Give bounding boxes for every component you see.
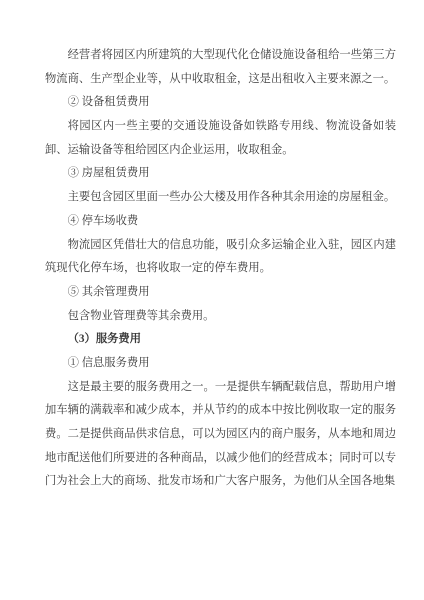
text-line: （3）服务费用 (45, 328, 396, 352)
body-paragraph: 经营者将园区内所建筑的大型现代化仓储设施设备租给一些第三方物流商、生产型企业等，… (45, 44, 396, 91)
text-line: 门为社会上大的商场、批发市场和广大客户服务，为他们从全国各地集 (45, 470, 396, 494)
document-page: 经营者将园区内所建筑的大型现代化仓储设施设备租给一些第三方物流商、生产型企业等，… (0, 0, 424, 600)
text-line: 加车辆的满载率和减少成本，并从节约的成本中按比例收取一定的服务 (45, 399, 396, 423)
text-line: 物流商、生产型企业等，从中收取租金，这是出租收入主要来源之一。 (45, 68, 396, 92)
text-line: 将园区内一些主要的交通设施设备如铁路专用线、物流设备如装 (45, 115, 396, 139)
body-paragraph: 这是最主要的服务费用之一。一是提供车辆配载信息，帮助用户增加车辆的满载率和减少成… (45, 376, 396, 494)
document-body: 经营者将园区内所建筑的大型现代化仓储设施设备租给一些第三方物流商、生产型企业等，… (45, 44, 396, 494)
text-line: ① 信息服务费用 (45, 352, 396, 376)
text-line: 经营者将园区内所建筑的大型现代化仓储设施设备租给一些第三方 (45, 44, 396, 68)
list-item-heading: ② 设备租赁费用 (45, 91, 396, 115)
body-paragraph: 主要包含园区里面一些办公大楼及用作各种其余用途的房屋租金。 (45, 186, 396, 210)
list-item-heading: ③ 房屋租赁费用 (45, 162, 396, 186)
text-line: 卸、运输设备等租给园区内企业运用，收取租金。 (45, 139, 396, 163)
text-line: ④ 停车场收费 (45, 210, 396, 234)
body-paragraph: 包含物业管理费等其余费用。 (45, 305, 396, 329)
list-item-heading: ④ 停车场收费 (45, 210, 396, 234)
text-line: ③ 房屋租赁费用 (45, 162, 396, 186)
body-paragraph: 将园区内一些主要的交通设施设备如铁路专用线、物流设备如装卸、运输设备等租给园区内… (45, 115, 396, 162)
text-line: 地市配送他们所要进的各种商品，以减少他们的经营成本；同时可以专 (45, 447, 396, 471)
text-line: 这是最主要的服务费用之一。一是提供车辆配载信息，帮助用户增 (45, 376, 396, 400)
text-line: 包含物业管理费等其余费用。 (45, 305, 396, 329)
text-line: 主要包含园区里面一些办公大楼及用作各种其余用途的房屋租金。 (45, 186, 396, 210)
text-line: 筑现代化停车场，也将收取一定的停车费用。 (45, 257, 396, 281)
text-line: 费。二是提供商品供求信息，可以为园区内的商户服务，从本地和周边 (45, 423, 396, 447)
text-line: ⑤ 其余管理费用 (45, 281, 396, 305)
section-heading: （3）服务费用 (45, 328, 396, 352)
text-line: ② 设备租赁费用 (45, 91, 396, 115)
list-item-heading: ① 信息服务费用 (45, 352, 396, 376)
text-line: 物流园区凭借壮大的信息功能，吸引众多运输企业入驻，园区内建 (45, 234, 396, 258)
body-paragraph: 物流园区凭借壮大的信息功能，吸引众多运输企业入驻，园区内建筑现代化停车场，也将收… (45, 234, 396, 281)
list-item-heading: ⑤ 其余管理费用 (45, 281, 396, 305)
